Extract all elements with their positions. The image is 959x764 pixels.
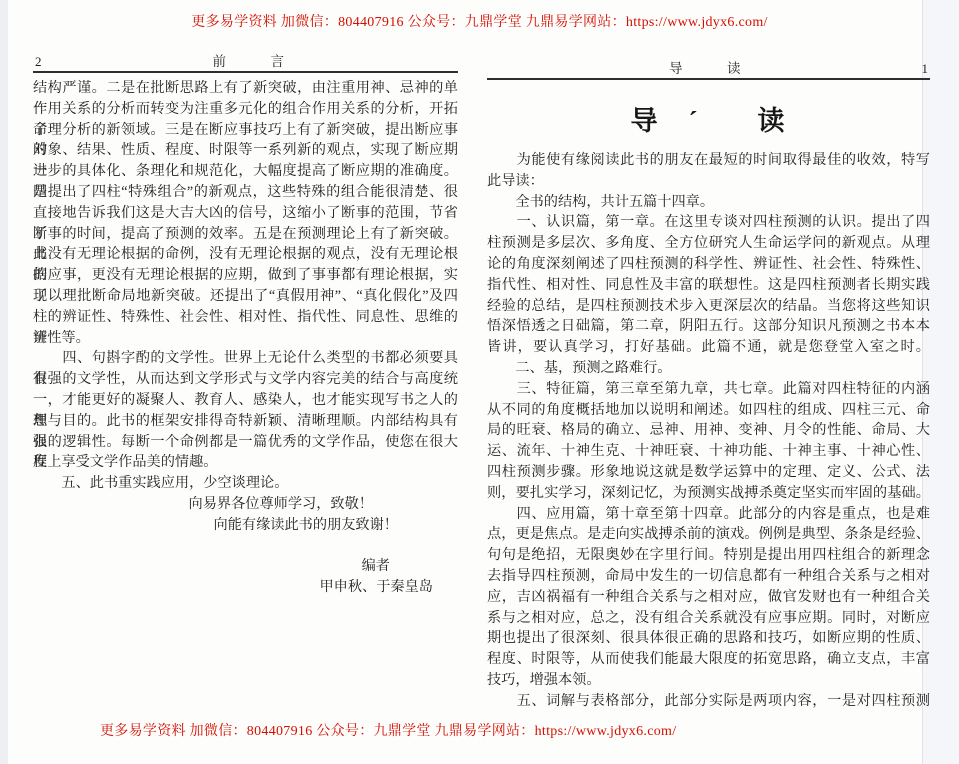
text-line: 书没有无理论根据的命例，没有无理论根据的观点，没有无理论根据 xyxy=(33,244,458,265)
text-line: 三、特征篇，第三章至第九章，共七章。此篇对四柱特征的内涵 xyxy=(487,379,930,400)
right-page-number: 1 xyxy=(922,61,929,77)
text-line: 则，要扎实学习，深刻记忆，为预测实战搏杀奠定坚实而牢固的基础。 xyxy=(487,483,930,504)
text-line: 一步的具体化、条理化和规范化，大幅度提高了断应期的准确度。四 xyxy=(33,161,458,182)
text-line: 甲申秋、于秦皇岛 xyxy=(33,577,458,598)
text-line: 的应事，更没有无理论根据的应期，做到了事事都有理论根据，实现 xyxy=(33,265,458,286)
text-line: 作用关系的分析而转变为注重多元化的组合作用关系的分析，开拓了 xyxy=(33,99,458,120)
text-line: 五、词解与表格部分，此部分实际是两项内容，一是对四柱预测 xyxy=(487,691,930,712)
text-line: 悟深悟透之日础篇，第二章，阴阳五行。这部分知识凡预测之书本本 xyxy=(487,316,930,337)
text-line: 皆讲，要认真学习，打好基础。此篇不通，就是您登堂入室之时。 xyxy=(487,337,930,358)
text-line: 系与之相对应，总之，没有组合关系就没有应事应期。同时，对断应 xyxy=(487,608,930,629)
text-line xyxy=(33,536,458,557)
text-line: 技巧，增强本领。 xyxy=(487,670,930,691)
right-page-body: 为能使有缘阅读此书的朋友在最短的时间取得最佳的收效，特写此导读： 全书的结构，共… xyxy=(487,150,930,712)
text-line: 向易界各位尊师学习，致敬！ xyxy=(33,494,458,515)
text-line: 论的角度深刻阐述了四柱预测的科学性、辨证性、社会性、特殊性、 xyxy=(487,254,930,275)
text-line: 为能使有缘阅读此书的朋友在最短的时间取得最佳的收效，特写 xyxy=(487,150,930,171)
text-line: 向能有缘读此书的朋友致谢！ xyxy=(33,515,458,536)
text-line: 五、此书重实践应用，少空谈理论。 xyxy=(33,473,458,494)
left-page-body: 结构严谨。二是在批断思路上有了新突破，由注重用神、忌神的单一作用关系的分析而转变… xyxy=(33,78,458,598)
text-line: 全书的结构，共计五篇十四章。 xyxy=(487,192,930,213)
text-line: 点，更是焦点。是走向实战搏杀前的演戏。例例是典型、条条是经验、 xyxy=(487,524,930,545)
text-line: 从不同的角度概括地加以说明和阐述。如四柱的组成、四柱三元、命 xyxy=(487,400,930,421)
text-line: 编者 xyxy=(33,556,458,577)
text-line: 柱的辨证性、特殊性、社会性、相对性、指代性、同息性、思维的辨 xyxy=(33,307,458,328)
left-page: 2 前 言 结构严谨。二是在批断思路上有了新突破，由注重用神、忌神的单一作用关系… xyxy=(33,55,458,598)
text-line: 一、认识篇，第一章。在这里专谈对四柱预测的认识。提出了四 xyxy=(487,212,930,233)
scan-edge-left xyxy=(0,0,8,764)
text-line: 去指导四柱预测，命局中发生的一切信息都有一种组合关系与之相对 xyxy=(487,566,930,587)
text-line: 期也提出了很深刻、很具体很正确的思路和技巧，如断应期的性质、 xyxy=(487,628,930,649)
text-line: 直接地告诉我们这是大吉大凶的信号，这缩小了断事的范围，节省了 xyxy=(33,203,458,224)
text-line: 结构严谨。二是在批断思路上有了新突破，由注重用神、忌神的单一 xyxy=(33,78,458,99)
text-line: 程度、时限等，从而使我们能最大限度的拓宽思路，确立支点，丰富 xyxy=(487,649,930,670)
text-line: 了以理批断命局地新突破。还提出了“真假用神”、“真化假化”及四 xyxy=(33,286,458,307)
text-line: 证性等。 xyxy=(33,328,458,349)
text-line: 想与目的。此书的框架安排得奇特新颖、清晰理顺。内部结构具有很 xyxy=(33,411,458,432)
text-line: 指代性、相对性、同息性及丰富的联想性。这是四柱预测者长期实践 xyxy=(487,275,930,296)
right-header-title: 导 读 xyxy=(669,57,742,77)
left-page-header: 2 前 言 xyxy=(33,55,458,73)
text-line: 四、应用篇，第十章至第十四章。此部分的内容是重点，也是难 xyxy=(487,504,930,525)
left-page-number: 2 xyxy=(35,54,42,70)
text-line: 一，才能更好的凝聚人、教育人、感染人，也才能实现写书之人的理 xyxy=(33,390,458,411)
section-title: 导 ˊ 读 xyxy=(487,104,930,138)
text-line: 应，吉凶祸福有一种组合关系与之相对应，做官发财也有一种组合关 xyxy=(487,587,930,608)
right-page-header: 导 读 1 xyxy=(487,62,930,80)
text-line: 很强的文学性，从而达到文学形式与文学内容完美的结合与高度统 xyxy=(33,369,458,390)
text-line: 句句是绝招，无限奥妙在字里行间。特别是提出用四柱组合的新理念 xyxy=(487,545,930,566)
text-line: 断事的时间，提高了预测的效率。五是在预测理论上有了新突破。此 xyxy=(33,224,458,245)
right-page: 导 读 1 导 ˊ 读 为能使有缘阅读此书的朋友在最短的时间取得最佳的收效，特写… xyxy=(487,62,930,712)
text-line: 二、基，预测之路难行。 xyxy=(487,358,930,379)
text-line: 是提出了四柱“特殊组合”的新观点，这些特殊的组合能很清楚、很 xyxy=(33,182,458,203)
watermark-top: 更多易学资料 加微信：804407916 公众号：九鼎学堂 九鼎易学网站：htt… xyxy=(0,11,959,31)
text-line: 四、句斟字酌的文学性。世界上无论什么类型的书都必须要具有 xyxy=(33,348,458,369)
text-line: 运、流年、十神生克、十神旺衰、十神功能、十神主事、十神心性、 xyxy=(487,441,930,462)
text-line: 度上享受文学作品美的情趣。 xyxy=(33,452,458,473)
text-line: 对象、结果、性质、程度、时限等一系列新的观点，实现了断应期进 xyxy=(33,140,458,161)
text-line: 柱预测是多层次、多角度、全方位研究人生命运学问的新观点。从理 xyxy=(487,233,930,254)
text-line: 局的旺衰、格局的确立、忌神、用神、变神、月令的性能、命局、大 xyxy=(487,420,930,441)
text-line: 此导读： xyxy=(487,171,930,192)
text-line: 强的逻辑性。每断一个命例都是一篇优秀的文学作品，使您在很大程 xyxy=(33,432,458,453)
text-line: 经验的总结，是四柱预测技术步入更深层次的结晶。当您将这些知识 xyxy=(487,296,930,317)
text-line: 四柱预测步骤。形象地说这就是数学运算中的定理、定义、公式、法 xyxy=(487,462,930,483)
left-header-title: 前 言 xyxy=(213,50,286,70)
text-line: 命理分析的新领域。三是在断应事技巧上有了新突破，提出断应事的 xyxy=(33,120,458,141)
watermark-bottom: 更多易学资料 加微信：804407916 公众号：九鼎学堂 九鼎易学网站：htt… xyxy=(100,720,676,740)
